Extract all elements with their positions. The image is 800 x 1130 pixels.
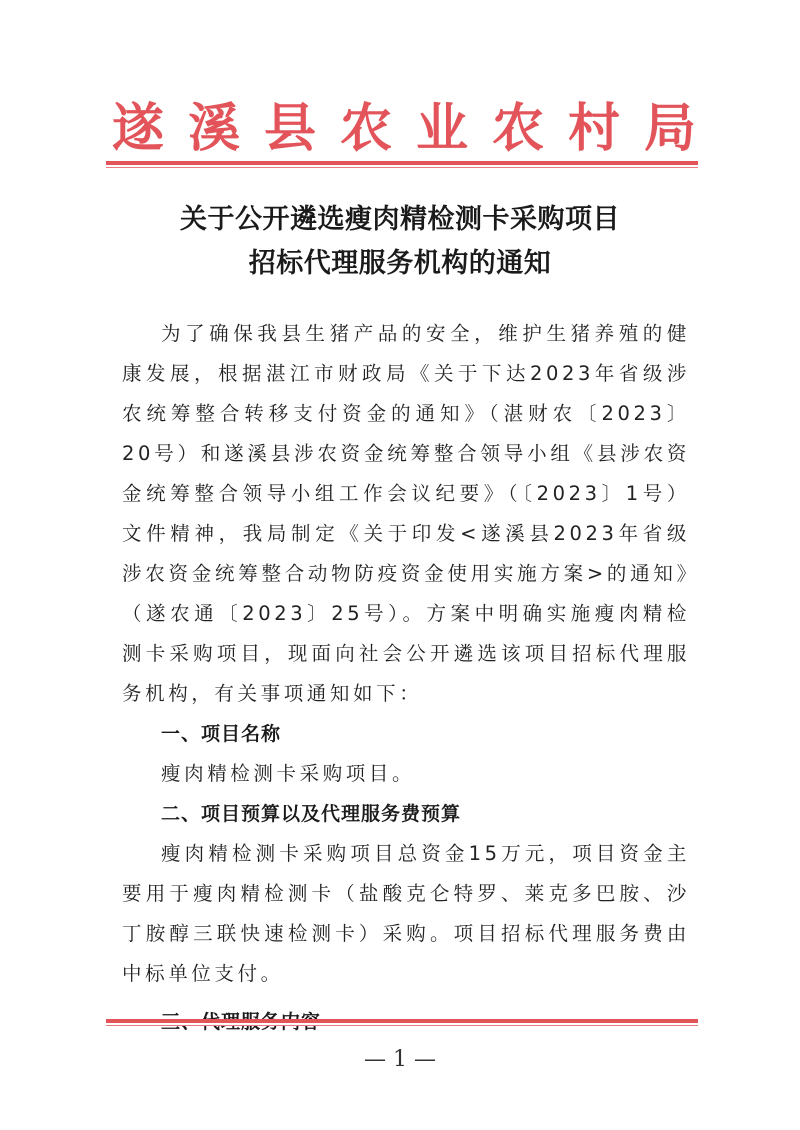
section-heading-2: 二、项目预算以及代理服务费预算 bbox=[122, 794, 690, 834]
section-heading-1: 一、项目名称 bbox=[122, 714, 690, 754]
org-header: 遂 溪 县 农 业 农 村 局 bbox=[108, 88, 700, 158]
org-char: 业 bbox=[412, 86, 472, 161]
document-body: 为了确保我县生猪产品的安全，维护生猪养殖的健康发展，根据湛江市财政局《关于下达2… bbox=[122, 314, 690, 1042]
section-text-2: 瘦肉精检测卡采购项目总资金15万元，项目资金主要用于瘦肉精检测卡（盐酸克仑特罗、… bbox=[122, 834, 690, 994]
section-text-1: 瘦肉精检测卡采购项目。 bbox=[122, 754, 690, 794]
intro-paragraph: 为了确保我县生猪产品的安全，维护生猪养殖的健康发展，根据湛江市财政局《关于下达2… bbox=[122, 314, 690, 714]
document-page: 遂 溪 县 农 业 农 村 局 关于公开遴选瘦肉精检测卡采购项目 招标代理服务机… bbox=[0, 0, 800, 1130]
document-title-line-1: 关于公开遴选瘦肉精检测卡采购项目 bbox=[0, 197, 800, 236]
org-char: 村 bbox=[564, 86, 624, 161]
org-char: 局 bbox=[640, 86, 700, 161]
footer-divider bbox=[106, 1019, 698, 1026]
header-divider bbox=[106, 161, 698, 168]
org-char: 溪 bbox=[184, 86, 244, 161]
document-title-line-2: 招标代理服务机构的通知 bbox=[0, 241, 800, 280]
org-char: 县 bbox=[260, 86, 320, 161]
org-char: 农 bbox=[488, 86, 548, 161]
org-char: 农 bbox=[336, 86, 396, 161]
page-number: — 1 — bbox=[0, 1047, 800, 1072]
org-char: 遂 bbox=[108, 86, 168, 161]
